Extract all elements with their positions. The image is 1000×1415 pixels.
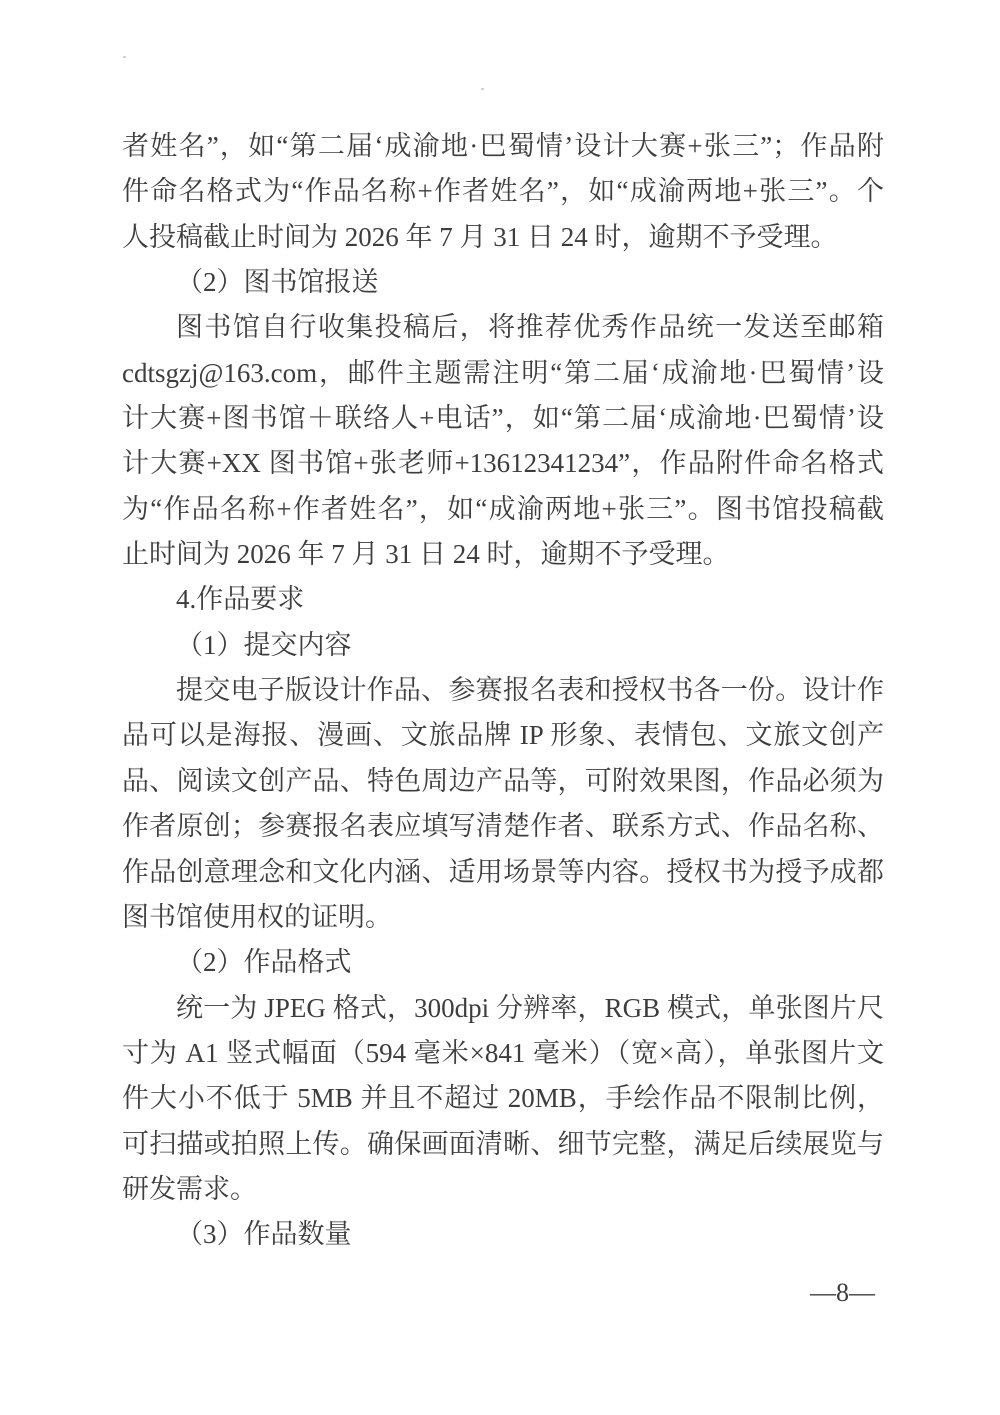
- text-line: 件大小不低于 5MB 并且不超过 20MB，手绘作品不限制比例，: [122, 1076, 884, 1121]
- text-line: 提交电子版设计作品、参赛报名表和授权书各一份。设计作: [122, 668, 884, 713]
- text-line: （1）提交内容: [122, 623, 884, 668]
- text-line: 者姓名”，如“第二届‘成渝地·巴蜀情’设计大赛+张三”；作品附: [122, 124, 884, 169]
- text-line: 寸为 A1 竖式幅面（594 毫米×841 毫米）（宽×高），单张图片文: [122, 1031, 884, 1076]
- text-line: 统一为 JPEG 格式，300dpi 分辨率，RGB 模式，单张图片尺: [122, 986, 884, 1031]
- text-line: 图书馆自行收集投稿后，将推荐优秀作品统一发送至邮箱: [122, 305, 884, 350]
- text-line: 品可以是海报、漫画、文旅品牌 IP 形象、表情包、文旅文创产: [122, 713, 884, 758]
- text-line: 人投稿截止时间为 2026 年 7 月 31 日 24 时，逾期不予受理。: [122, 215, 884, 260]
- text-line: 计大赛+图书馆＋联络人+电话”，如“第二届‘成渝地·巴蜀情’设: [122, 396, 884, 441]
- text-line: 件命名格式为“作品名称+作者姓名”，如“成渝两地+张三”。个: [122, 169, 884, 214]
- text-line: 4.作品要求: [122, 577, 884, 622]
- text-line: cdtsgzj@163.com，邮件主题需注明“第二届‘成渝地·巴蜀情’设: [122, 351, 884, 396]
- text-line: 可扫描或拍照上传。确保画面清晰、细节完整，满足后续展览与: [122, 1122, 884, 1167]
- text-line: （2）图书馆报送: [122, 260, 884, 305]
- text-line: 计大赛+XX 图书馆+张老师+13612341234”，作品附件命名格式: [122, 441, 884, 486]
- text-line: 图书馆使用权的证明。: [122, 895, 884, 940]
- text-line: （2）作品格式: [122, 940, 884, 985]
- text-line: 研发需求。: [122, 1167, 884, 1212]
- document-body: 者姓名”，如“第二届‘成渝地·巴蜀情’设计大赛+张三”；作品附件命名格式为“作品…: [122, 124, 884, 1258]
- text-line: （3）作品数量: [122, 1212, 884, 1257]
- text-line: 止时间为 2026 年 7 月 31 日 24 时，逾期不予受理。: [122, 532, 884, 577]
- text-line: 为“作品名称+作者姓名”，如“成渝两地+张三”。图书馆投稿截: [122, 487, 884, 532]
- scan-speck: [123, 56, 126, 58]
- text-line: 作品创意理念和文化内涵、适用场景等内容。授权书为授予成都: [122, 850, 884, 895]
- scan-speck: [481, 88, 484, 90]
- text-line: 品、阅读文创产品、特色周边产品等，可附效果图，作品必须为: [122, 759, 884, 804]
- page-number: —8—: [810, 1280, 875, 1306]
- text-line: 作者原创；参赛报名表应填写清楚作者、联系方式、作品名称、: [122, 804, 884, 849]
- document-page: 者姓名”，如“第二届‘成渝地·巴蜀情’设计大赛+张三”；作品附件命名格式为“作品…: [0, 0, 1000, 1415]
